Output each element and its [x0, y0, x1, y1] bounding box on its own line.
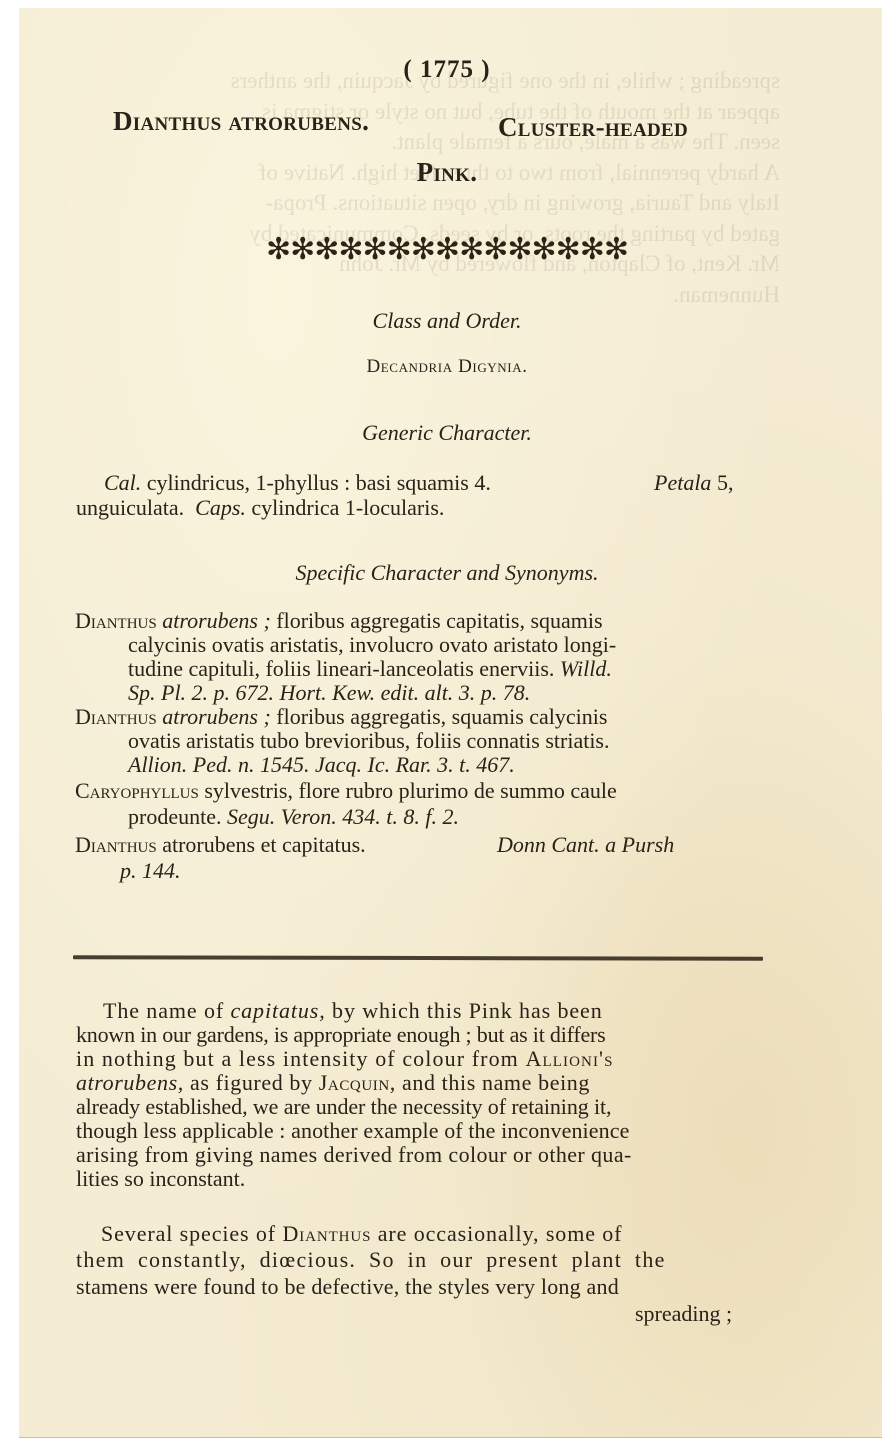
synonym-entry-line: ovatis aristatis tubo brevioribus, folii… [128, 728, 610, 754]
synonym-entry-line: Caryophyllus sylvestris, flore rubro plu… [75, 778, 617, 804]
text-italic: Caps. [195, 495, 246, 520]
class-order-value: Decandria Digynia. [0, 356, 894, 378]
text: Several species of [101, 1221, 282, 1246]
body-line: Several species of Dianthus are occasion… [101, 1221, 622, 1247]
synonym-entry-line: Dianthus atrorubens ; floribus aggregati… [75, 704, 607, 730]
body-line: in nothing but a less intensity of colou… [76, 1046, 614, 1072]
genus-name: Dianthus [75, 608, 157, 633]
synonym-citation: Allion. Ped. n. 1545. Jacq. Ic. Rar. 3. … [128, 752, 515, 778]
title-latin-name: Dianthus atrorubens. [113, 106, 369, 137]
text: The name of [103, 998, 230, 1023]
body-line: them constantly, diœcious. So in our pre… [76, 1247, 666, 1273]
text: atrorubens et capitatus. [157, 832, 366, 857]
genus-name: Dianthus [75, 704, 157, 729]
text: in nothing but a less intensity of colou… [76, 1046, 525, 1071]
author-name: Jacquin, [319, 1070, 396, 1095]
generic-character-line: Cal. cylindricus, 1-phyllus : basi squam… [104, 470, 491, 496]
title-common-name-cont: Pink. [0, 157, 894, 188]
synonym-citation: Sp. Pl. 2. p. 672. Hort. Kew. edit. alt.… [128, 680, 530, 706]
class-order-heading: Class and Order. [0, 308, 894, 334]
generic-character-heading: Generic Character. [0, 420, 894, 446]
body-line: though less applicable : another example… [76, 1118, 629, 1144]
text-italic: atrorubens ; [162, 704, 271, 729]
text: as figured by [184, 1070, 319, 1095]
text-italic: atrorubens, [76, 1070, 184, 1095]
synonym-entry-line: calycinis ovatis aristatis, involucro ov… [128, 632, 616, 658]
asterisk-ornament: ✻✻✻✻✻✻✻✻✻✻✻✻✻✻✻ [0, 232, 894, 267]
generic-character-line-end: Petala 5, [654, 470, 733, 496]
genus-name: Dianthus [75, 832, 157, 857]
synonym-entry-line: prodeunte. Segu. Veron. 434. t. 8. f. 2. [128, 804, 459, 830]
text-italic: Cal. [104, 470, 141, 495]
synonym-entry-line: tudine capituli, foliis lineari-lanceola… [128, 656, 612, 682]
body-line: arising from giving names derived from c… [76, 1142, 632, 1168]
specific-character-heading: Specific Character and Synonyms. [0, 560, 894, 586]
text-italic: Segu. Veron. 434. t. 8. f. 2. [227, 804, 459, 829]
synonym-entry-line: Dianthus atrorubens ; floribus aggregati… [75, 608, 603, 634]
text: prodeunte. [128, 804, 227, 829]
synonym-citation: p. 144. [120, 858, 181, 884]
text: unguiculata. [76, 495, 184, 520]
text: sylvestris, flore rubro plurimo de summo… [199, 778, 617, 803]
text: are occasionally, some of [371, 1221, 622, 1246]
title-common-name: Cluster-headed [498, 112, 688, 143]
body-line: lities so inconstant. [76, 1166, 245, 1192]
text: 5, [711, 470, 733, 495]
text: tudine capituli, foliis lineari-lanceola… [128, 656, 560, 681]
text: by which this Pink has been [326, 998, 603, 1023]
body-line: known in our gardens, is appropriate eno… [76, 1022, 606, 1048]
text-italic: capitatus, [230, 998, 325, 1023]
body-line: The name of capitatus, by which this Pin… [103, 998, 603, 1024]
body-line: already established, we are under the ne… [76, 1094, 611, 1120]
catchword: spreading ; [635, 1301, 732, 1327]
author-name: Allioni's [525, 1046, 613, 1071]
body-line: atrorubens, as figured by Jacquin, and t… [76, 1070, 590, 1096]
text: floribus aggregatis, squamis calycinis [271, 704, 608, 729]
page-number: ( 1775 ) [0, 56, 894, 84]
text-italic: atrorubens ; [162, 608, 271, 633]
text: and this name being [396, 1070, 590, 1095]
text: floribus aggregatis capitatis, squamis [271, 608, 603, 633]
genus-name: Dianthus [282, 1221, 371, 1246]
generic-character-line: unguiculata. Caps. cylindrica 1-loculari… [76, 495, 444, 521]
text: cylindrica 1-locularis. [246, 495, 445, 520]
genus-name: Caryophyllus [75, 778, 199, 803]
text-italic: Petala [654, 470, 711, 495]
text: cylindricus, 1-phyllus : basi squamis 4. [141, 470, 491, 495]
body-line: stamens were found to be defective, the … [76, 1274, 619, 1300]
synonym-entry-line: Dianthus atrorubens et capitatus. [75, 832, 366, 858]
text-italic: Willd. [560, 656, 612, 681]
synonym-citation: Donn Cant. a Pursh [497, 832, 674, 858]
